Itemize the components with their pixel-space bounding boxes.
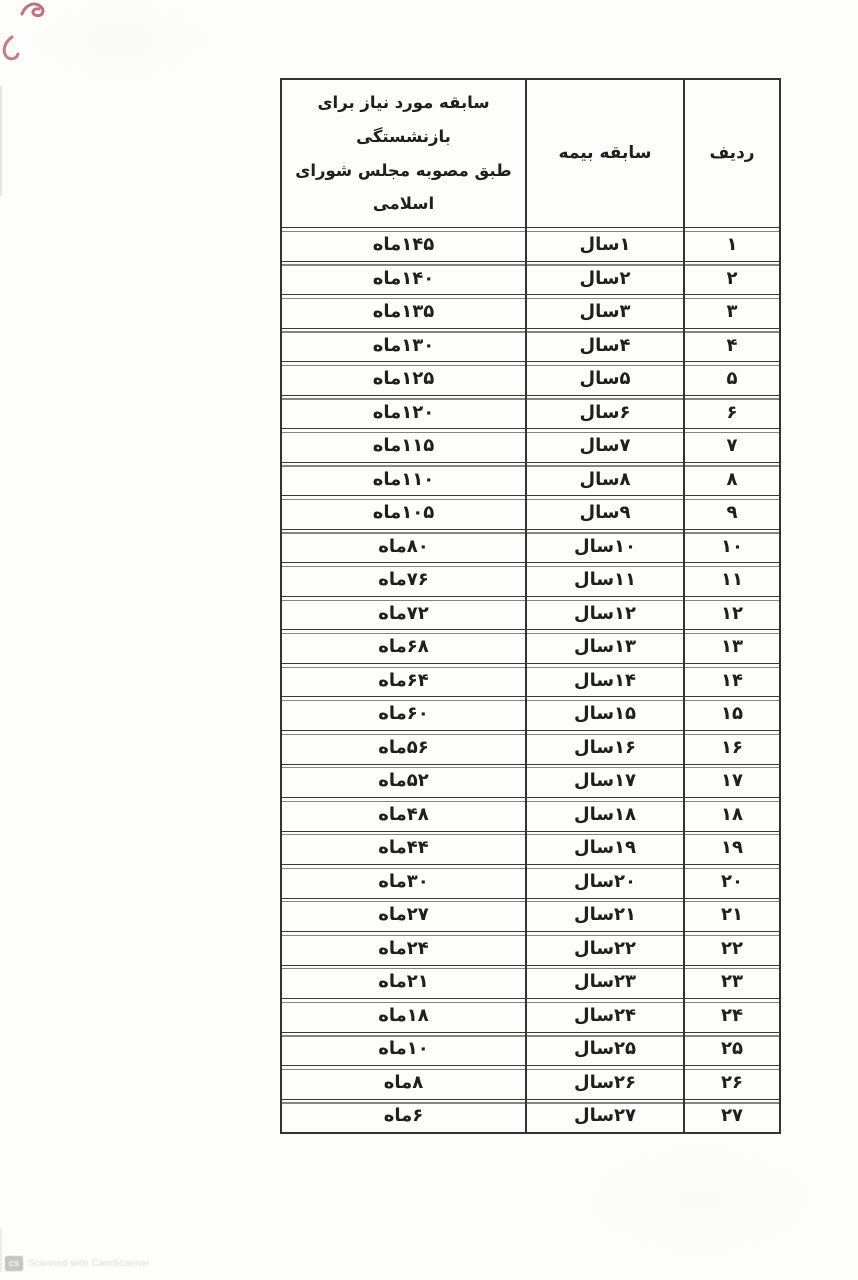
header-insurance-record: سابقه بیمه [527,80,685,227]
insurance-record-cell: ۲۵سال [527,1033,685,1066]
required-record-cell: ۲۴ماه [282,932,527,965]
table-row: ۲۰۲۰سال۳۰ماه [282,864,779,898]
row-number-cell: ۱۴ [685,664,779,697]
table-row: ۹۹سال۱۰۵ماه [282,495,779,529]
required-record-cell: ۸۰ماه [282,530,527,563]
row-number-cell: ۲۷ [685,1100,779,1133]
required-record-cell: ۵۲ماه [282,765,527,798]
insurance-record-cell: ۸سال [527,463,685,496]
insurance-record-cell: ۲۶سال [527,1066,685,1099]
table-body: ۱۱سال۱۴۵ماه۲۲سال۱۴۰ماه۳۳سال۱۳۵ماه۴۴سال۱۳… [282,228,779,1132]
red-ink-mark-left-icon [0,34,26,64]
insurance-record-cell: ۲۱سال [527,899,685,932]
row-number-cell: ۱۷ [685,765,779,798]
table-row: ۵۵سال۱۲۵ماه [282,361,779,395]
required-record-cell: ۱۳۰ماه [282,329,527,362]
insurance-record-cell: ۱سال [527,228,685,261]
required-record-cell: ۲۷ماه [282,899,527,932]
required-record-cell: ۱۱۰ماه [282,463,527,496]
table-row: ۲۵۲۵سال۱۰ماه [282,1032,779,1066]
table-row: ۱۷۱۷سال۵۲ماه [282,764,779,798]
table-row: ۳۳سال۱۳۵ماه [282,294,779,328]
required-record-cell: ۶ماه [282,1100,527,1133]
table-row: ۲۶۲۶سال۸ماه [282,1065,779,1099]
camscanner-watermark-text: Scanned with CamScanner [28,1258,150,1269]
insurance-record-cell: ۲۲سال [527,932,685,965]
required-record-cell: ۱۲۵ماه [282,362,527,395]
row-number-cell: ۴ [685,329,779,362]
table-row: ۱۴۱۴سال۶۴ماه [282,663,779,697]
insurance-record-cell: ۳سال [527,295,685,328]
insurance-record-cell: ۲۳سال [527,966,685,999]
insurance-record-cell: ۱۰سال [527,530,685,563]
row-number-cell: ۵ [685,362,779,395]
insurance-record-cell: ۱۷سال [527,765,685,798]
row-number-cell: ۷ [685,429,779,462]
insurance-record-cell: ۱۲سال [527,597,685,630]
row-number-cell: ۲ [685,262,779,295]
required-record-cell: ۱۸ماه [282,999,527,1032]
row-number-cell: ۲۰ [685,865,779,898]
table-row: ۲۴۲۴سال۱۸ماه [282,998,779,1032]
required-record-cell: ۷۲ماه [282,597,527,630]
insurance-record-cell: ۹سال [527,496,685,529]
required-record-cell: ۵۶ماه [282,731,527,764]
table-row: ۱۵۱۵سال۶۰ماه [282,696,779,730]
row-number-cell: ۶ [685,396,779,429]
header-required-record-line1: سابقه مورد نیاز برای بازنشستگی [292,86,515,154]
insurance-record-cell: ۱۶سال [527,731,685,764]
insurance-record-cell: ۱۴سال [527,664,685,697]
row-number-cell: ۱۹ [685,832,779,865]
table-row: ۱۱سال۱۴۵ماه [282,228,779,261]
row-number-cell: ۹ [685,496,779,529]
table-header-row: ردیف سابقه بیمه سابقه مورد نیاز برای باز… [282,80,779,228]
header-required-record-line2: طبق مصوبه مجلس شورای اسلامی [292,154,515,222]
row-number-cell: ۲۴ [685,999,779,1032]
insurance-record-cell: ۱۸سال [527,798,685,831]
required-record-cell: ۱۱۵ماه [282,429,527,462]
table-row: ۶۶سال۱۲۰ماه [282,395,779,429]
camscanner-logo-icon: CS [5,1256,23,1271]
table-row: ۱۶۱۶سال۵۶ماه [282,730,779,764]
camscanner-watermark: CS Scanned with CamScanner [5,1256,150,1271]
row-number-cell: ۲۳ [685,966,779,999]
table-row: ۲۱۲۱سال۲۷ماه [282,898,779,932]
header-required-record: سابقه مورد نیاز برای بازنشستگی طبق مصوبه… [282,80,527,227]
scan-edge-streak [0,86,2,196]
row-number-cell: ۲۶ [685,1066,779,1099]
table-row: ۷۷سال۱۱۵ماه [282,428,779,462]
insurance-record-cell: ۱۹سال [527,832,685,865]
table-row: ۱۲۱۲سال۷۲ماه [282,596,779,630]
insurance-record-cell: ۲سال [527,262,685,295]
table-row: ۱۸۱۸سال۴۸ماه [282,797,779,831]
required-record-cell: ۷۶ماه [282,563,527,596]
scanned-document-page: ردیف سابقه بیمه سابقه مورد نیاز برای باز… [0,0,858,1280]
required-record-cell: ۱۴۵ماه [282,228,527,261]
required-record-cell: ۱۳۵ماه [282,295,527,328]
insurance-record-cell: ۲۰سال [527,865,685,898]
row-number-cell: ۱ [685,228,779,261]
row-number-cell: ۸ [685,463,779,496]
required-record-cell: ۳۰ماه [282,865,527,898]
required-record-cell: ۱۴۰ماه [282,262,527,295]
table-row: ۱۹۱۹سال۴۴ماه [282,831,779,865]
required-record-cell: ۱۰۵ماه [282,496,527,529]
insurance-record-cell: ۴سال [527,329,685,362]
table-row: ۴۴سال۱۳۰ماه [282,328,779,362]
insurance-record-cell: ۲۷سال [527,1100,685,1133]
insurance-record-cell: ۷سال [527,429,685,462]
insurance-record-cell: ۱۱سال [527,563,685,596]
row-number-cell: ۱۰ [685,530,779,563]
table-row: ۱۳۱۳سال۶۸ماه [282,629,779,663]
insurance-record-cell: ۲۴سال [527,999,685,1032]
row-number-cell: ۲۱ [685,899,779,932]
required-record-cell: ۱۲۰ماه [282,396,527,429]
table-row: ۸۸سال۱۱۰ماه [282,462,779,496]
required-record-cell: ۲۱ماه [282,966,527,999]
table-row: ۲۲۲۲سال۲۴ماه [282,931,779,965]
required-record-cell: ۴۸ماه [282,798,527,831]
insurance-record-cell: ۶سال [527,396,685,429]
row-number-cell: ۳ [685,295,779,328]
table-row: ۲۳۲۳سال۲۱ماه [282,965,779,999]
table-row: ۱۰۱۰سال۸۰ماه [282,529,779,563]
required-record-cell: ۱۰ماه [282,1033,527,1066]
header-row-number: ردیف [685,80,779,227]
row-number-cell: ۱۵ [685,697,779,730]
insurance-record-cell: ۱۳سال [527,630,685,663]
table-row: ۲۲سال۱۴۰ماه [282,261,779,295]
row-number-cell: ۲۵ [685,1033,779,1066]
row-number-cell: ۲۲ [685,932,779,965]
required-record-cell: ۴۴ماه [282,832,527,865]
required-record-cell: ۶۴ماه [282,664,527,697]
insurance-record-cell: ۵سال [527,362,685,395]
required-record-cell: ۶۸ماه [282,630,527,663]
table-row: ۱۱۱۱سال۷۶ماه [282,562,779,596]
scan-edge-streak-bottom [0,1228,2,1272]
row-number-cell: ۱۲ [685,597,779,630]
row-number-cell: ۱۱ [685,563,779,596]
required-record-cell: ۶۰ماه [282,697,527,730]
insurance-record-cell: ۱۵سال [527,697,685,730]
row-number-cell: ۱۸ [685,798,779,831]
retirement-requirement-table: ردیف سابقه بیمه سابقه مورد نیاز برای باز… [280,78,781,1134]
table-row: ۲۷۲۷سال۶ماه [282,1099,779,1133]
red-ink-mark-top-icon [18,0,58,24]
row-number-cell: ۱۳ [685,630,779,663]
required-record-cell: ۸ماه [282,1066,527,1099]
row-number-cell: ۱۶ [685,731,779,764]
